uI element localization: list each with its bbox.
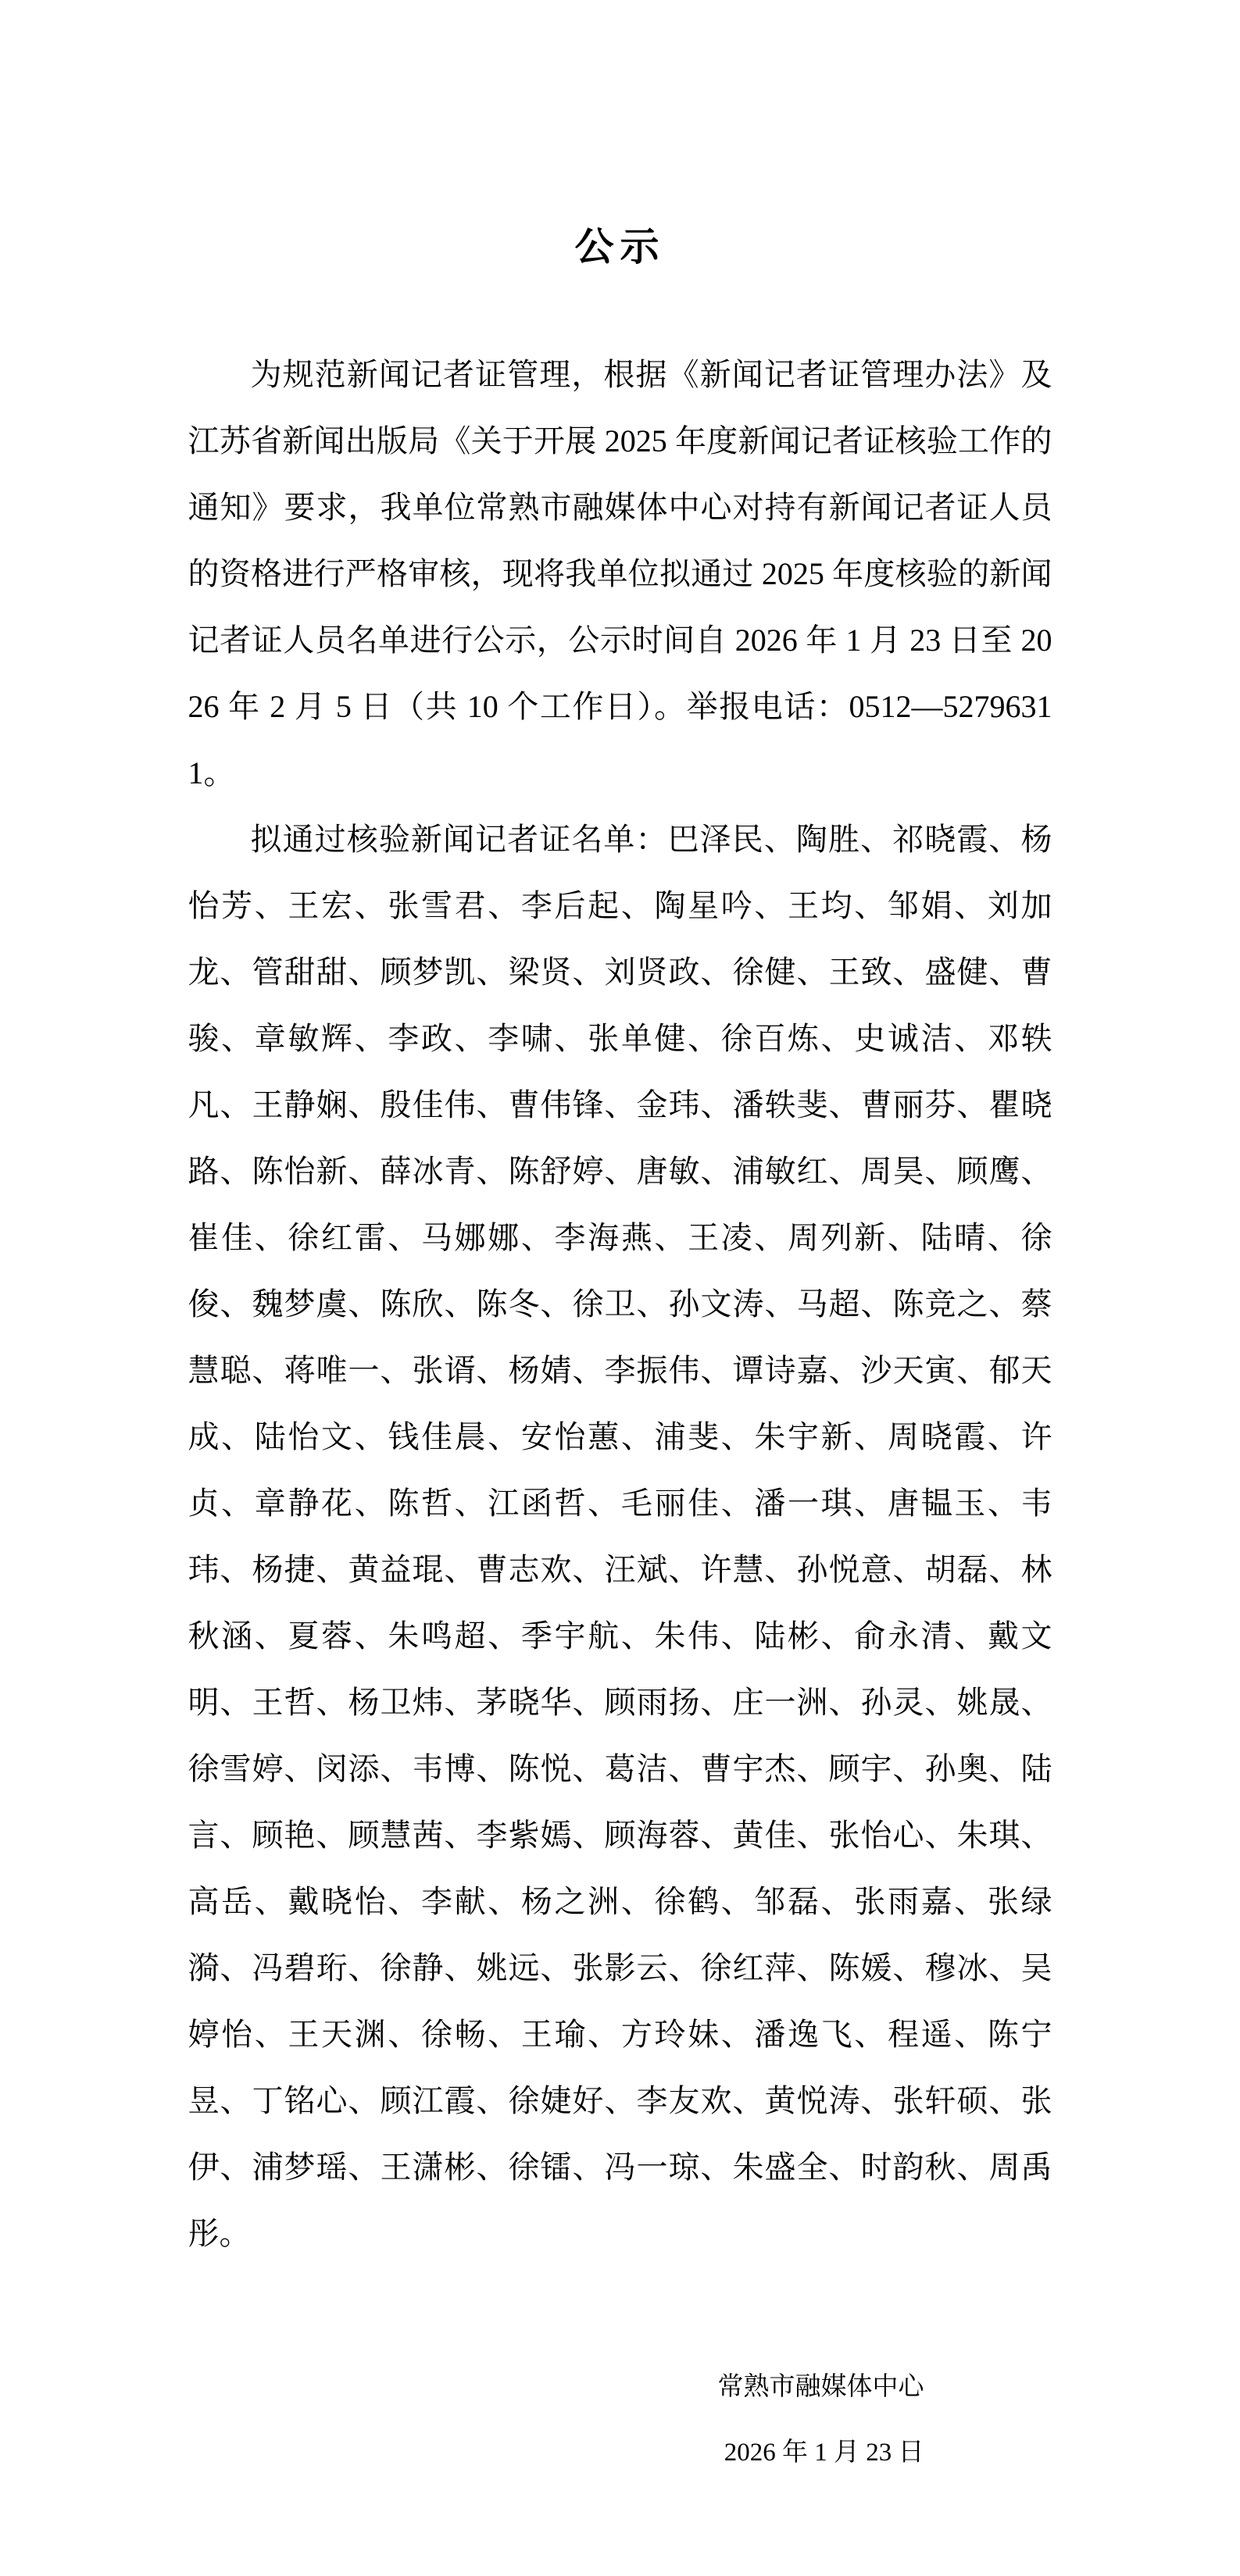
- signature-block: 常熟市融媒体中心 2026 年 1 月 23 日: [188, 2354, 1052, 2485]
- document-page: 公示 为规范新闻记者证管理，根据《新闻记者证管理办法》及江苏省新闻出版局《关于开…: [0, 0, 1240, 2576]
- paragraph-announcement: 为规范新闻记者证管理，根据《新闻记者证管理办法》及江苏省新闻出版局《关于开展 2…: [188, 341, 1052, 806]
- signature-organization: 常熟市融媒体中心: [188, 2354, 1052, 2420]
- name-list-intro: 拟通过核验新闻记者证名单：: [251, 822, 668, 857]
- document-body: 为规范新闻记者证管理，根据《新闻记者证管理办法》及江苏省新闻出版局《关于开展 2…: [188, 341, 1052, 2267]
- paragraph-name-list: 拟通过核验新闻记者证名单：巴泽民、陶胜、祁晓霞、杨怡芳、王宏、张雪君、李后起、陶…: [188, 806, 1052, 2267]
- name-list: 巴泽民、陶胜、祁晓霞、杨怡芳、王宏、张雪君、李后起、陶星吟、王均、邹娟、刘加龙、…: [188, 822, 1052, 2251]
- signature-date: 2026 年 1 月 23 日: [188, 2420, 1052, 2485]
- document-title: 公示: [0, 0, 1240, 271]
